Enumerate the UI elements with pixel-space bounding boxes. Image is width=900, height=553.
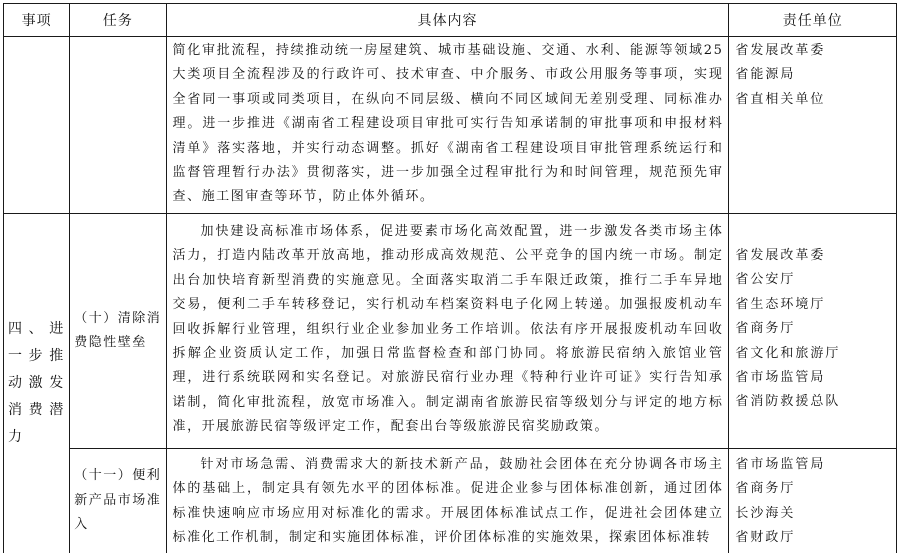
task-label: （十一）便利新产品市场准入 (74, 468, 161, 532)
unit-name: 省市场监管局 (735, 366, 890, 390)
policy-task-table: 事项 任务 具体内容 责任单位 简化审批流程，持续推动统一房屋建筑、城市基础设施… (3, 3, 897, 553)
item-cell (4, 37, 70, 214)
unit-name: 省商务厅 (735, 317, 890, 341)
units-cell: 省发展改革委 省能源局 省直相关单位 (729, 37, 897, 214)
table-row: 四、进一步推动激发消费潜力 （十）清除消费隐性壁垒 加快建设高标准市场体系，促进… (4, 214, 897, 449)
table-row: （十一）便利新产品市场准入 针对市场急需、消费需求大的新技术新产品，鼓励社会团体… (4, 449, 897, 553)
table-row: 简化审批流程，持续推动统一房屋建筑、城市基础设施、交通、水利、能源等领域25 大… (4, 37, 897, 214)
task-cell: （十一）便利新产品市场准入 (70, 449, 166, 553)
item-label: 四、进一步推动激发消费潜力 (8, 321, 65, 445)
unit-name: 省财政厅 (735, 526, 890, 550)
unit-name: 省文化和旅游厅 (735, 342, 890, 366)
unit-name: 省市场监管局 (735, 453, 890, 477)
item-cell: 四、进一步推动激发消费潜力 (4, 214, 70, 553)
content-cell: 针对市场急需、消费需求大的新技术新产品，鼓励社会团体在充分协调各市场主体的基础上… (166, 449, 729, 553)
unit-name: 省消防救援总队 (735, 390, 890, 414)
unit-name: 省能源局 (735, 63, 890, 87)
unit-name: 省生态环境厅 (735, 293, 890, 317)
task-cell (70, 37, 166, 214)
header-task: 任务 (70, 4, 166, 37)
unit-name: 长沙海关 (735, 502, 890, 526)
header-content: 具体内容 (166, 4, 729, 37)
task-cell: （十）清除消费隐性壁垒 (70, 214, 166, 449)
content-text: 针对市场急需、消费需求大的新技术新产品，鼓励社会团体在充分协调各市场主体的基础上… (173, 453, 724, 551)
table-header-row: 事项 任务 具体内容 责任单位 (4, 4, 897, 37)
task-label: （十）清除消费隐性壁垒 (74, 311, 161, 350)
content-text: 简化审批流程，持续推动统一房屋建筑、城市基础设施、交通、水利、能源等领域25 大… (173, 39, 724, 210)
content-text: 加快建设高标准市场体系，促进要素市场化高效配置，进一步激发各类市场主体活力，打造… (173, 220, 724, 440)
unit-name: 省商务厅 (735, 477, 890, 501)
content-cell: 加快建设高标准市场体系，促进要素市场化高效配置，进一步激发各类市场主体活力，打造… (166, 214, 729, 449)
unit-name: 省发展改革委 (735, 39, 890, 63)
units-cell: 省发展改革委 省公安厅 省生态环境厅 省商务厅 省文化和旅游厅 省市场监管局 省… (729, 214, 897, 449)
unit-name: 省公安厅 (735, 268, 890, 292)
units-cell: 省市场监管局 省商务厅 长沙海关 省财政厅 (729, 449, 897, 553)
header-responsible-units: 责任单位 (729, 4, 897, 37)
content-cell: 简化审批流程，持续推动统一房屋建筑、城市基础设施、交通、水利、能源等领域25 大… (166, 37, 729, 214)
unit-name: 省发展改革委 (735, 244, 890, 268)
unit-name: 省直相关单位 (735, 88, 890, 112)
header-item: 事项 (4, 4, 70, 37)
